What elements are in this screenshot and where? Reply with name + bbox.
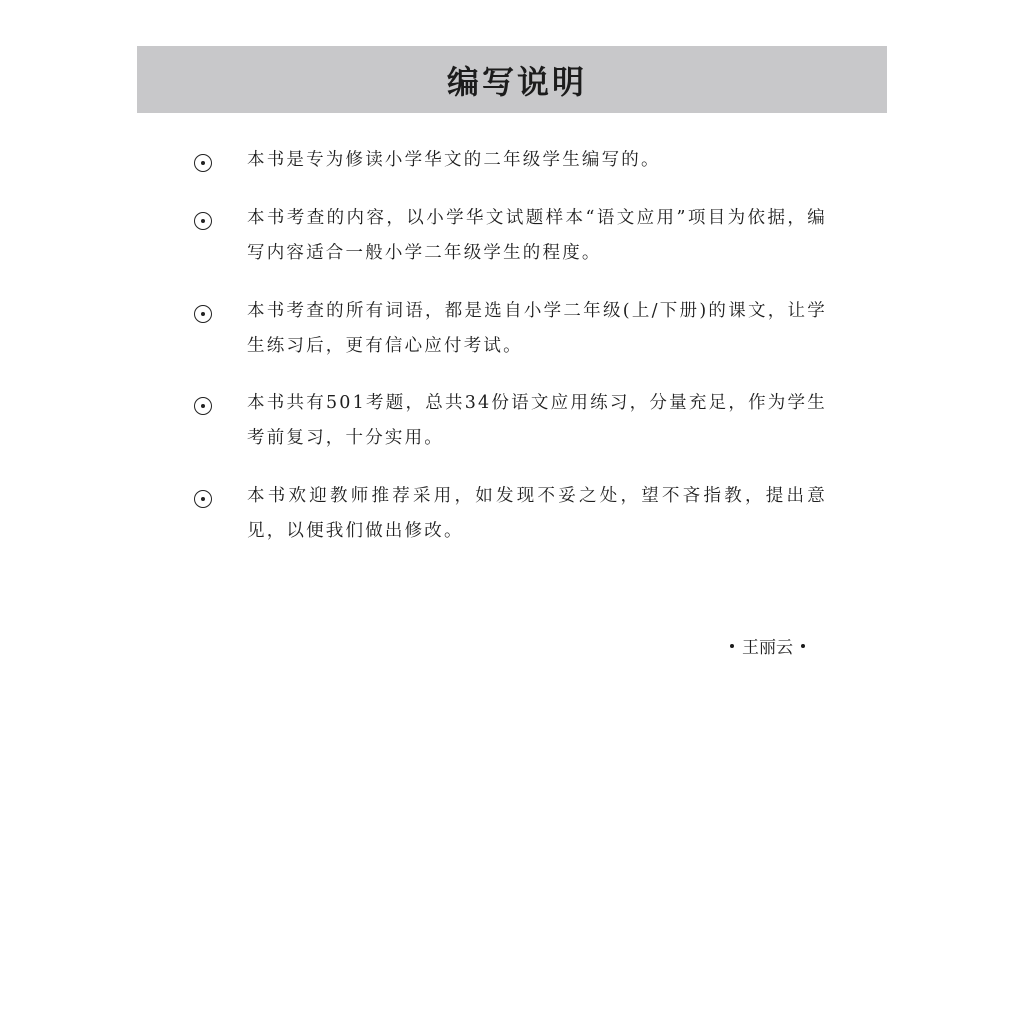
list-item-text: 本书考查的所有词语，都是选自小学二年级(上/下册)的课文，让学生练习后，更有信心… (247, 294, 827, 364)
circled-dot-icon (194, 305, 212, 323)
list-item: 本书共有501考题，总共34份语文应用练习，分量充足，作为学生考前复习，十分实用… (194, 393, 834, 456)
dot-separator-icon (730, 644, 734, 648)
header-band: 编写说明 (137, 46, 887, 113)
circled-dot-icon (194, 397, 212, 415)
author-name: 王丽云 (742, 633, 793, 658)
list-item-text: 本书考查的内容，以小学华文试题样本“语文应用”项目为依据，编写内容适合一般小学二… (247, 201, 827, 271)
dot-separator-icon (801, 644, 805, 648)
circled-dot-icon (194, 154, 212, 172)
list-item-text: 本书是专为修读小学华文的二年级学生编写的。 (247, 143, 827, 178)
list-item: 本书欢迎教师推荐采用，如发现不妥之处，望不吝指教，提出意见，以便我们做出修改。 (194, 486, 834, 549)
list-item: 本书是专为修读小学华文的二年级学生编写的。 (194, 150, 834, 178)
circled-dot-icon (194, 490, 212, 508)
page-title: 编写说明 (447, 57, 587, 103)
list-item-text: 本书欢迎教师推荐采用，如发现不妥之处，望不吝指教，提出意见，以便我们做出修改。 (247, 479, 827, 549)
list-item: 本书考查的内容，以小学华文试题样本“语文应用”项目为依据，编写内容适合一般小学二… (194, 208, 834, 271)
list-item-text: 本书共有501考题，总共34份语文应用练习，分量充足，作为学生考前复习，十分实用… (247, 386, 827, 456)
circled-dot-icon (194, 212, 212, 230)
author-signature: 王丽云 (730, 633, 805, 658)
list-item: 本书考查的所有词语，都是选自小学二年级(上/下册)的课文，让学生练习后，更有信心… (194, 301, 834, 364)
